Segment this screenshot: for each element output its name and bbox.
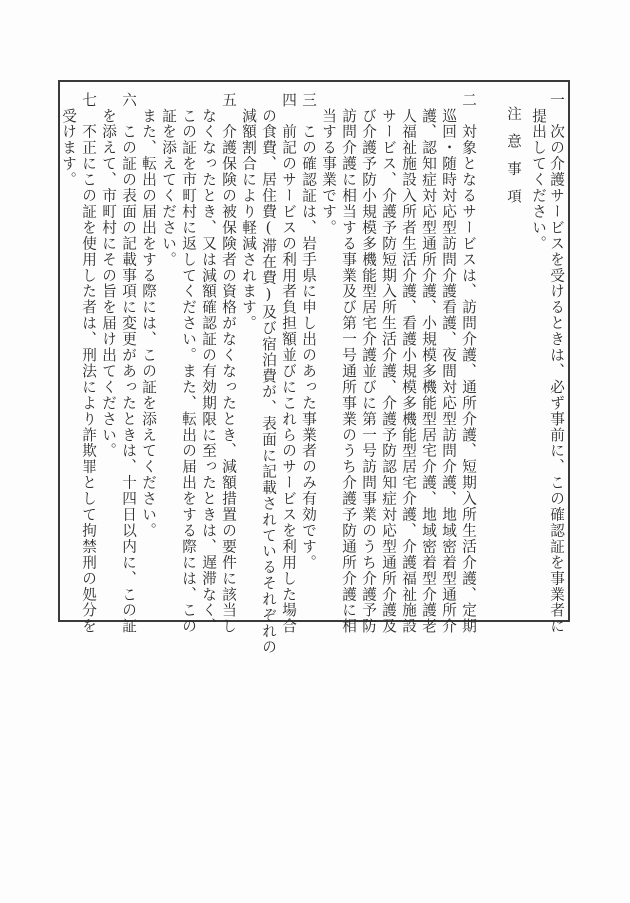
item-3-line-1: 三 この確認証は、岩手県に申し出のあった事業者のみ有効です。 [298, 92, 318, 571]
item-4-line-1: 四 前記のサービスの利用者負担額並びにこれらのサービスを利用した場合 [278, 92, 298, 634]
item-4-line-2: の食費、居住費(滞在費)及び宿泊費が、表面に記載されているそれぞれの [258, 92, 278, 655]
item-2-line-2: 巡回・随時対応型訪問介護看護、夜間対応型訪問介護、地域密着型通所介 [438, 92, 458, 634]
item-5-line-1: 五 介護保険の被保険者の資格がなくなったとき、減額措置の要件に該当し [218, 92, 238, 634]
item-5-line-3: この証を市町村に返してください。また、転出の届出をする際には、この [178, 92, 198, 634]
item-4-line-3: 減額割合により軽減されます。 [238, 92, 258, 331]
item-1-line-2: 提出してください。 [528, 92, 548, 252]
item-2-line-8: 当する事業です。 [318, 92, 338, 236]
item-2-line-4: 人福祉施設入所者生活介護、看護小規模多機能型居宅介護、介護福祉施設 [398, 92, 418, 634]
notice-frame: 注意事項 一 次の介護サービスを受けるときは、必ず事前に、この確認証を事業者に … [58, 80, 570, 622]
document-title: 注意事項 [503, 106, 524, 216]
item-2-line-1: 二 対象となるサービスは、訪問介護、通所介護、短期入所生活介護、定期 [458, 92, 478, 634]
item-2-line-5: サービス、介護予防短期入所生活介護、介護予防認知症対応型通所介護及 [378, 92, 398, 634]
item-6-line-1: 六 この証の表面の記載事項に変更があったときは、十四日以内に、この証 [118, 92, 138, 634]
item-6-line-2: を添えて、市町村にその旨を届け出てください。 [98, 92, 118, 459]
item-2-line-7: 訪問介護に相当する事業及び第一号通所事業のうち介護予防通所介護に相 [338, 92, 358, 634]
item-2-line-3: 護、認知症対応型通所介護、小規模多機能型居宅介護、地域密着型介護老 [418, 92, 438, 634]
item-5-line-4: 証を添えてください。 [158, 92, 178, 267]
item-7-line-1: 七 不正にこの証を使用した者は、刑法により詐欺罪として拘禁刑の処分を [78, 92, 98, 634]
item-2-line-6: び介護予防小規模多機能型居宅介護並びに第一号訪問事業のうち介護予防 [358, 92, 378, 634]
item-1-line-1: 一 次の介護サービスを受けるときは、必ず事前に、この確認証を事業者に [546, 92, 566, 634]
item-5-line-5: また、転出の届出をする際には、この証を添えてください。 [138, 92, 158, 539]
item-7-line-2: 受けます。 [58, 92, 78, 188]
item-5-line-2: なくなったとき、又は減額確認証の有効期限に至ったときは、遅滞なく、 [198, 92, 218, 634]
